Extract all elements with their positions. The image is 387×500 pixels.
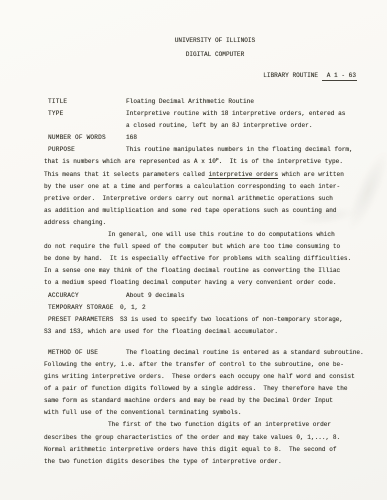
field-value: The floating decimal routine is entered … [126, 347, 364, 359]
field-label: TEMPORARY STORAGE [48, 302, 114, 314]
doc-line-text: In general, one will use this routine to… [108, 229, 335, 241]
doc-line: of a pair of function digits followed by… [44, 383, 377, 395]
library-routine-line: LIBRARY ROUTINE A 1 - 63 [263, 72, 357, 81]
doc-line-text: pretive order. Interpretive orders carry… [44, 193, 333, 205]
doc-line: gins writing interpretive orders. These … [44, 371, 377, 383]
doc-line: that is numbers which are represented as… [44, 156, 377, 168]
field-row-number-of-words: NUMBER OF WORDS 168 [44, 132, 377, 144]
doc-line: same form as standard machine orders and… [44, 395, 377, 407]
doc-line-text: of a pair of function digits followed by… [44, 383, 348, 395]
doc-line-text: Following the entry, i.e. after the tran… [44, 359, 344, 371]
doc-line: to a medium speed floating decimal compu… [44, 277, 377, 289]
field-value: 0, 1, 2 [120, 302, 146, 314]
doc-line: by the user one at a time and performs a… [44, 181, 377, 193]
field-row-title: TITLE Floating Decimal Arithmetic Routin… [44, 96, 377, 108]
field-value: 168 [126, 132, 137, 144]
doc-line-text: with full use of the conventional termin… [44, 407, 241, 419]
doc-line: address changing. [44, 217, 377, 229]
doc-line: as addition and multiplication and some … [44, 205, 377, 217]
library-routine-label: LIBRARY ROUTINE [263, 72, 318, 79]
field-label: NUMBER OF WORDS [48, 132, 106, 144]
doc-line-text: Normal arithmetic interpretive orders ha… [44, 444, 337, 456]
doc-line-text: S3 and 1S3, which are used for the float… [44, 326, 278, 338]
library-routine-number: A 1 - 63 [322, 72, 357, 81]
field-row-type-cont: a closed routine, left by an 8J interpre… [44, 120, 377, 132]
doc-line-text: as addition and multiplication and some … [44, 205, 337, 217]
field-label: PURPOSE [48, 144, 75, 156]
doc-line-text: describes the group characteristics of t… [44, 432, 340, 444]
document-body: TITLE Floating Decimal Arithmetic Routin… [44, 96, 377, 468]
field-label: ACCURACY [48, 290, 79, 302]
doc-line: pretive order. Interpretive orders carry… [44, 193, 377, 205]
doc-line: with full use of the conventional termin… [44, 407, 377, 419]
doc-line: the two function digits describes the ty… [44, 456, 377, 468]
doc-line: This means that it selects parameters ca… [44, 169, 377, 181]
text-segment: which are written [278, 171, 344, 178]
field-row-accuracy: ACCURACY About 9 decimals [44, 290, 377, 302]
doc-line-text: In a sense one may think of the floating… [44, 265, 340, 277]
doc-line: describes the group characteristics of t… [44, 432, 377, 444]
doc-line: Following the entry, i.e. after the tran… [44, 359, 377, 371]
doc-line-paragraph-start: The first of the two function digits of … [44, 419, 377, 431]
field-label: PRESET PARAMETERS [48, 314, 114, 326]
doc-line-text: This means that it selects parameters ca… [44, 169, 344, 181]
doc-line-text: same form as standard machine orders and… [44, 395, 333, 407]
doc-line: be done by hand. It is especially effect… [44, 253, 377, 265]
field-row-temporary-storage: TEMPORARY STORAGE 0, 1, 2 [44, 302, 377, 314]
doc-line: In a sense one may think of the floating… [44, 265, 377, 277]
field-value: a closed routine, left by an 8J interpre… [126, 120, 313, 132]
superscript-exponent: P [216, 158, 219, 163]
field-row-purpose: PURPOSE This routine manipulates numbers… [44, 144, 377, 156]
doc-line-text: The first of the two function digits of … [108, 419, 331, 431]
department-title: DIGITAL COMPUTER [43, 51, 387, 58]
doc-line-text: be done by hand. It is especially effect… [44, 253, 351, 265]
doc-line-paragraph-start: In general, one will use this routine to… [44, 229, 377, 241]
scanned-document-page: UNIVERSITY OF ILLINOIS DIGITAL COMPUTER … [0, 0, 387, 500]
field-row-method-of-use: METHOD OF USE The floating decimal routi… [44, 347, 377, 359]
field-value: Floating Decimal Arithmetic Routine [126, 96, 254, 108]
field-label: TITLE [48, 96, 67, 108]
doc-line-text: gins writing interpretive orders. These … [44, 371, 355, 383]
text-segment: This means that it selects parameters ca… [44, 171, 209, 178]
field-value: Interpretive routine with 18 interpretiv… [126, 108, 345, 120]
field-value: S3 is used to specify two locations of n… [120, 314, 343, 326]
field-row-preset-parameters: PRESET PARAMETERS S3 is used to specify … [44, 314, 377, 326]
field-label: METHOD OF USE [48, 347, 98, 359]
doc-line-text: address changing. [44, 217, 106, 229]
underlined-term: interpretive orders [209, 171, 278, 178]
institution-title: UNIVERSITY OF ILLINOIS [43, 37, 387, 44]
doc-line-text: the two function digits describes the ty… [44, 456, 282, 468]
text-segment: . It is of the interpretive type. [219, 158, 343, 165]
field-row-type: TYPE Interpretive routine with 18 interp… [44, 108, 377, 120]
doc-line-text: do not require the full speed of the com… [44, 241, 340, 253]
field-value: This routine manipulates numbers in the … [126, 144, 353, 156]
doc-line-text: by the user one at a time and performs a… [44, 181, 340, 193]
doc-line: do not require the full speed of the com… [44, 241, 377, 253]
doc-line: Normal arithmetic interpretive orders ha… [44, 444, 377, 456]
doc-line: S3 and 1S3, which are used for the float… [44, 326, 377, 338]
doc-line-text: to a medium speed floating decimal compu… [44, 277, 337, 289]
field-value: About 9 decimals [126, 290, 185, 302]
field-label: TYPE [48, 108, 63, 120]
text-segment: that is numbers which are represented as… [44, 158, 216, 165]
